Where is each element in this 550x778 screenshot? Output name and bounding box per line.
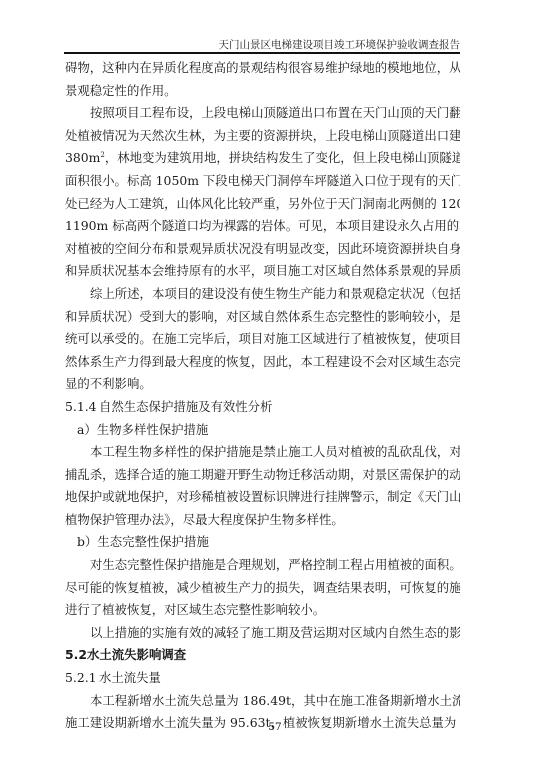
text-line: 本工程新增水土流失总量为 186.49t，其中在施工准备期新增水土流失量为 37… <box>65 690 460 713</box>
text-line: 显的不利影响。 <box>65 373 460 396</box>
text-line: 进行了植被恢复，对区域生态完整性影响较小。 <box>65 599 460 622</box>
text-line: 按照项目工程布设，上段电梯山顶隧道出口布置在天门山顶的天门翻水附近，该 <box>65 102 460 125</box>
subheading-b: b）生态完整性保护措施 <box>65 531 460 554</box>
section-number: 5.2.1 <box>65 667 99 690</box>
running-header: 天门山景区电梯建设项目竣工环境保护验收调查报告 <box>64 37 460 52</box>
text-line: 处已经为人工建筑，山体风化比较严重，另外位于天门洞南北两侧的 1200m 标高和 <box>65 193 460 216</box>
section-title: 自然生态保护措施及有效性分析 <box>99 399 272 414</box>
text-line: 以上措施的实施有效的减轻了施工期及营运期对区域内自然生态的影响。 <box>65 622 460 645</box>
document-page: 天门山景区电梯建设项目竣工环境保护验收调查报告 碍物，这种内在异质化程度高的景观… <box>0 0 550 778</box>
section-heading-5-2-1: 5.2.1水土流失量 <box>65 667 460 690</box>
text-line: 捕乱杀，选择合适的施工期避开野生动物迁移活动期，对景区需保护的动植物予以迁 <box>65 464 460 487</box>
section-title: 水土流失影响调查 <box>87 647 186 662</box>
text-line: 处植被情况为天然次生林，为主要的资源拼块，上段电梯山顶隧道出口建设占地 <box>65 125 460 148</box>
page-body: 碍物，这种内在异质化程度高的景观结构很容易维护绿地的模地地位，从而达到增加 景观… <box>65 57 460 735</box>
section-heading-5-2: 5.2水土流失影响调查 <box>65 644 460 667</box>
text-span: ，林地变为建筑用地，拼块结构发生了变化，但上段电梯山顶隧道出口占用山顶 <box>105 150 460 165</box>
text-line: 统可以承受的。在施工完毕后，项目对施工区域进行了植被恢复，使项目区损失的自 <box>65 328 460 351</box>
text-line: 对生态完整性保护措施是合理规划，严格控制工程占用植被的面积。施工结束后 <box>65 554 460 577</box>
text-line: 和异质状况）受到大的影响，对区域自然体系生态完整性的影响较小，是区域生态系 <box>65 306 460 329</box>
text-line: 本工程生物多样性的保护措施是禁止施工人员对植被的乱砍乱伐，对野生动物乱 <box>65 441 460 464</box>
text-line: 碍物，这种内在异质化程度高的景观结构很容易维护绿地的模地地位，从而达到增加 <box>65 57 460 80</box>
text-line: 尽可能的恢复植被，减少植被生产力的损失，调查结果表明，可恢复的施工占地全部 <box>65 577 460 600</box>
section-number: 5.2 <box>65 644 87 667</box>
subheading-a: a）生物多样性保护措施 <box>65 419 460 442</box>
header-rule <box>64 52 460 54</box>
text-line: 对植被的空间分布和景观异质状况没有明显改变，因此环境资源拼块自身的空间分布 <box>65 238 460 261</box>
area-value: 380m <box>65 150 100 165</box>
text-line: 然体系生产力得到最大程度的恢复，因此，本工程建设不会对区域生态完整性产生明 <box>65 351 460 374</box>
section-heading-5-1-4: 5.1.4自然生态保护措施及有效性分析 <box>65 396 460 419</box>
section-number: 5.1.4 <box>65 396 99 419</box>
section-title: 水土流失量 <box>99 670 161 685</box>
text-line: 景观稳定性的作用。 <box>65 80 460 103</box>
text-line: 地保护或就地保护，对珍稀植被设置标识牌进行挂牌警示，制定《天门山景区野生动 <box>65 486 460 509</box>
text-line: 综上所述，本项目的建设没有使生物生产能力和景观稳定状况（包括生物恢复力 <box>65 283 460 306</box>
text-line: 1190m 标高两个隧道口均为裸露的岩体。可见，本项目建设永久占用的林地面积很小… <box>65 215 460 238</box>
text-line: 面积很小。标高 1050m 下段电梯天门洞停车坪隧道入口位于现有的天门洞停车场，… <box>65 170 460 193</box>
text-line-with-superscript: 380m2，林地变为建筑用地，拼块结构发生了变化，但上段电梯山顶隧道出口占用山顶 <box>65 147 460 170</box>
text-line: 植物保护管理办法》，尽最大程度保护生物多样性。 <box>65 509 460 532</box>
text-line: 和异质状况基本会维持原有的水平，项目施工对区域自然体系景观的异质性影响不大。 <box>65 260 460 283</box>
page-number: 57 <box>0 721 550 733</box>
